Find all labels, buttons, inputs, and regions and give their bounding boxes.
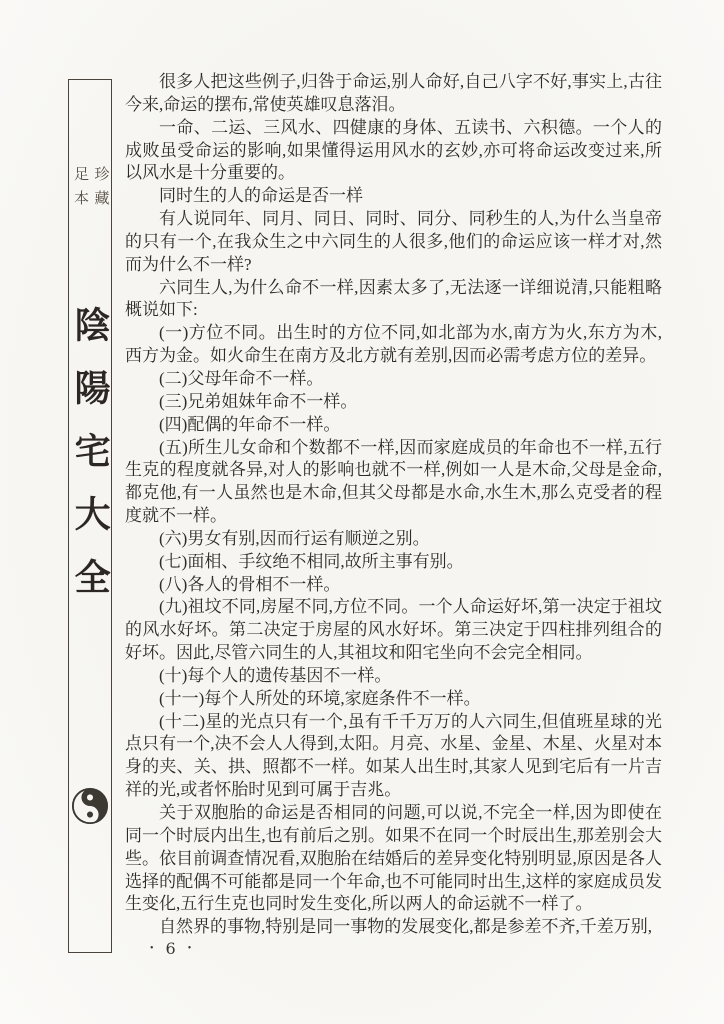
reason-12-starlight: (十二)星的光点只有一个,虽有千千万万的人六同生,但值班星球的光点只有一个,决不… <box>125 711 662 802</box>
spine-title-box: 足本 珍藏 陰陽宅大全 <box>68 79 112 953</box>
book-page: 足本 珍藏 陰陽宅大全 很多人把这些例子,归咎于命运,别人命好,自己八字不好,事… <box>0 0 724 1024</box>
page-number-right-dot: • <box>188 944 192 954</box>
reason-1-direction: (一)方位不同。出生时的方位不同,如北部为水,南方为火,东方为木,西方为金。如火… <box>125 322 662 368</box>
section-heading-same-birth: 同时生的人的命运是否一样 <box>125 185 662 208</box>
page-text: 很多人把这些例子,归咎于命运,别人命好,自己八字不好,事实上,古往今来,命运的摆… <box>125 71 662 939</box>
edition-note-right-column: 珍藏 <box>92 166 109 214</box>
paragraph-emperor-question: 有人说同年、同月、同日、同时、同分、同秒生的人,为什么当皇帝的只有一个,在我众生… <box>125 208 662 277</box>
reason-10-genes: (十)每个人的遗传基因不一样。 <box>125 665 662 688</box>
reason-6-gender: (六)男女有别,因而行运有顺逆之别。 <box>125 528 662 551</box>
intro-paragraph-fate: 很多人把这些例子,归咎于命运,别人命好,自己八字不好,事实上,古往今来,命运的摆… <box>125 71 662 117</box>
reason-9-graves-houses: (九)祖坟不同,房屋不同,方位不同。一个人命运好坏,第一决定于祖坟的风水好坏。第… <box>125 596 662 665</box>
reason-5-children: (五)所生儿女命和个数都不一样,因而家庭成员的年命也不一样,五行生克的程度就各异… <box>125 437 662 528</box>
edition-note-left-column: 足本 <box>72 166 89 214</box>
edition-note: 足本 珍藏 <box>69 166 111 214</box>
paragraph-reasons-intro: 六同生人,为什么命不一样,因素太多了,无法逐一详细说清,只能粗略概说如下: <box>125 277 662 323</box>
reason-3-siblings: (三)兄弟姐妹年命不一样。 <box>125 391 662 414</box>
reason-7-face-palm: (七)面相、手纹绝不相同,故所主事有别。 <box>125 551 662 574</box>
page-number: • 6 • <box>150 941 191 957</box>
yin-yang-icon <box>71 787 109 825</box>
book-title-vertical: 陰陽宅大全 <box>70 306 110 621</box>
yin-yang-svg <box>71 787 109 825</box>
reason-2-parents: (二)父母年命不一样。 <box>125 368 662 391</box>
reason-8-bone: (八)各人的骨相不一样。 <box>125 574 662 597</box>
reason-4-spouse: (四)配偶的年命不一样。 <box>125 414 662 437</box>
page-number-left-dot: • <box>150 944 154 954</box>
reason-11-environment: (十一)每个人所处的环境,家庭条件不一样。 <box>125 688 662 711</box>
paragraph-twins: 关于双胞胎的命运是否相同的问题,可以说,不完全一样,因为即使在同一个时辰内出生,… <box>125 802 662 916</box>
page-number-value: 6 <box>166 941 176 957</box>
intro-paragraph-five-factors: 一命、二运、三风水、四健康的身体、五读书、六积德。一个人的成败虽受命运的影响,如… <box>125 117 662 186</box>
paragraph-nature: 自然界的事物,特别是同一事物的发展变化,都是参差不齐,千差万别, <box>125 916 662 939</box>
